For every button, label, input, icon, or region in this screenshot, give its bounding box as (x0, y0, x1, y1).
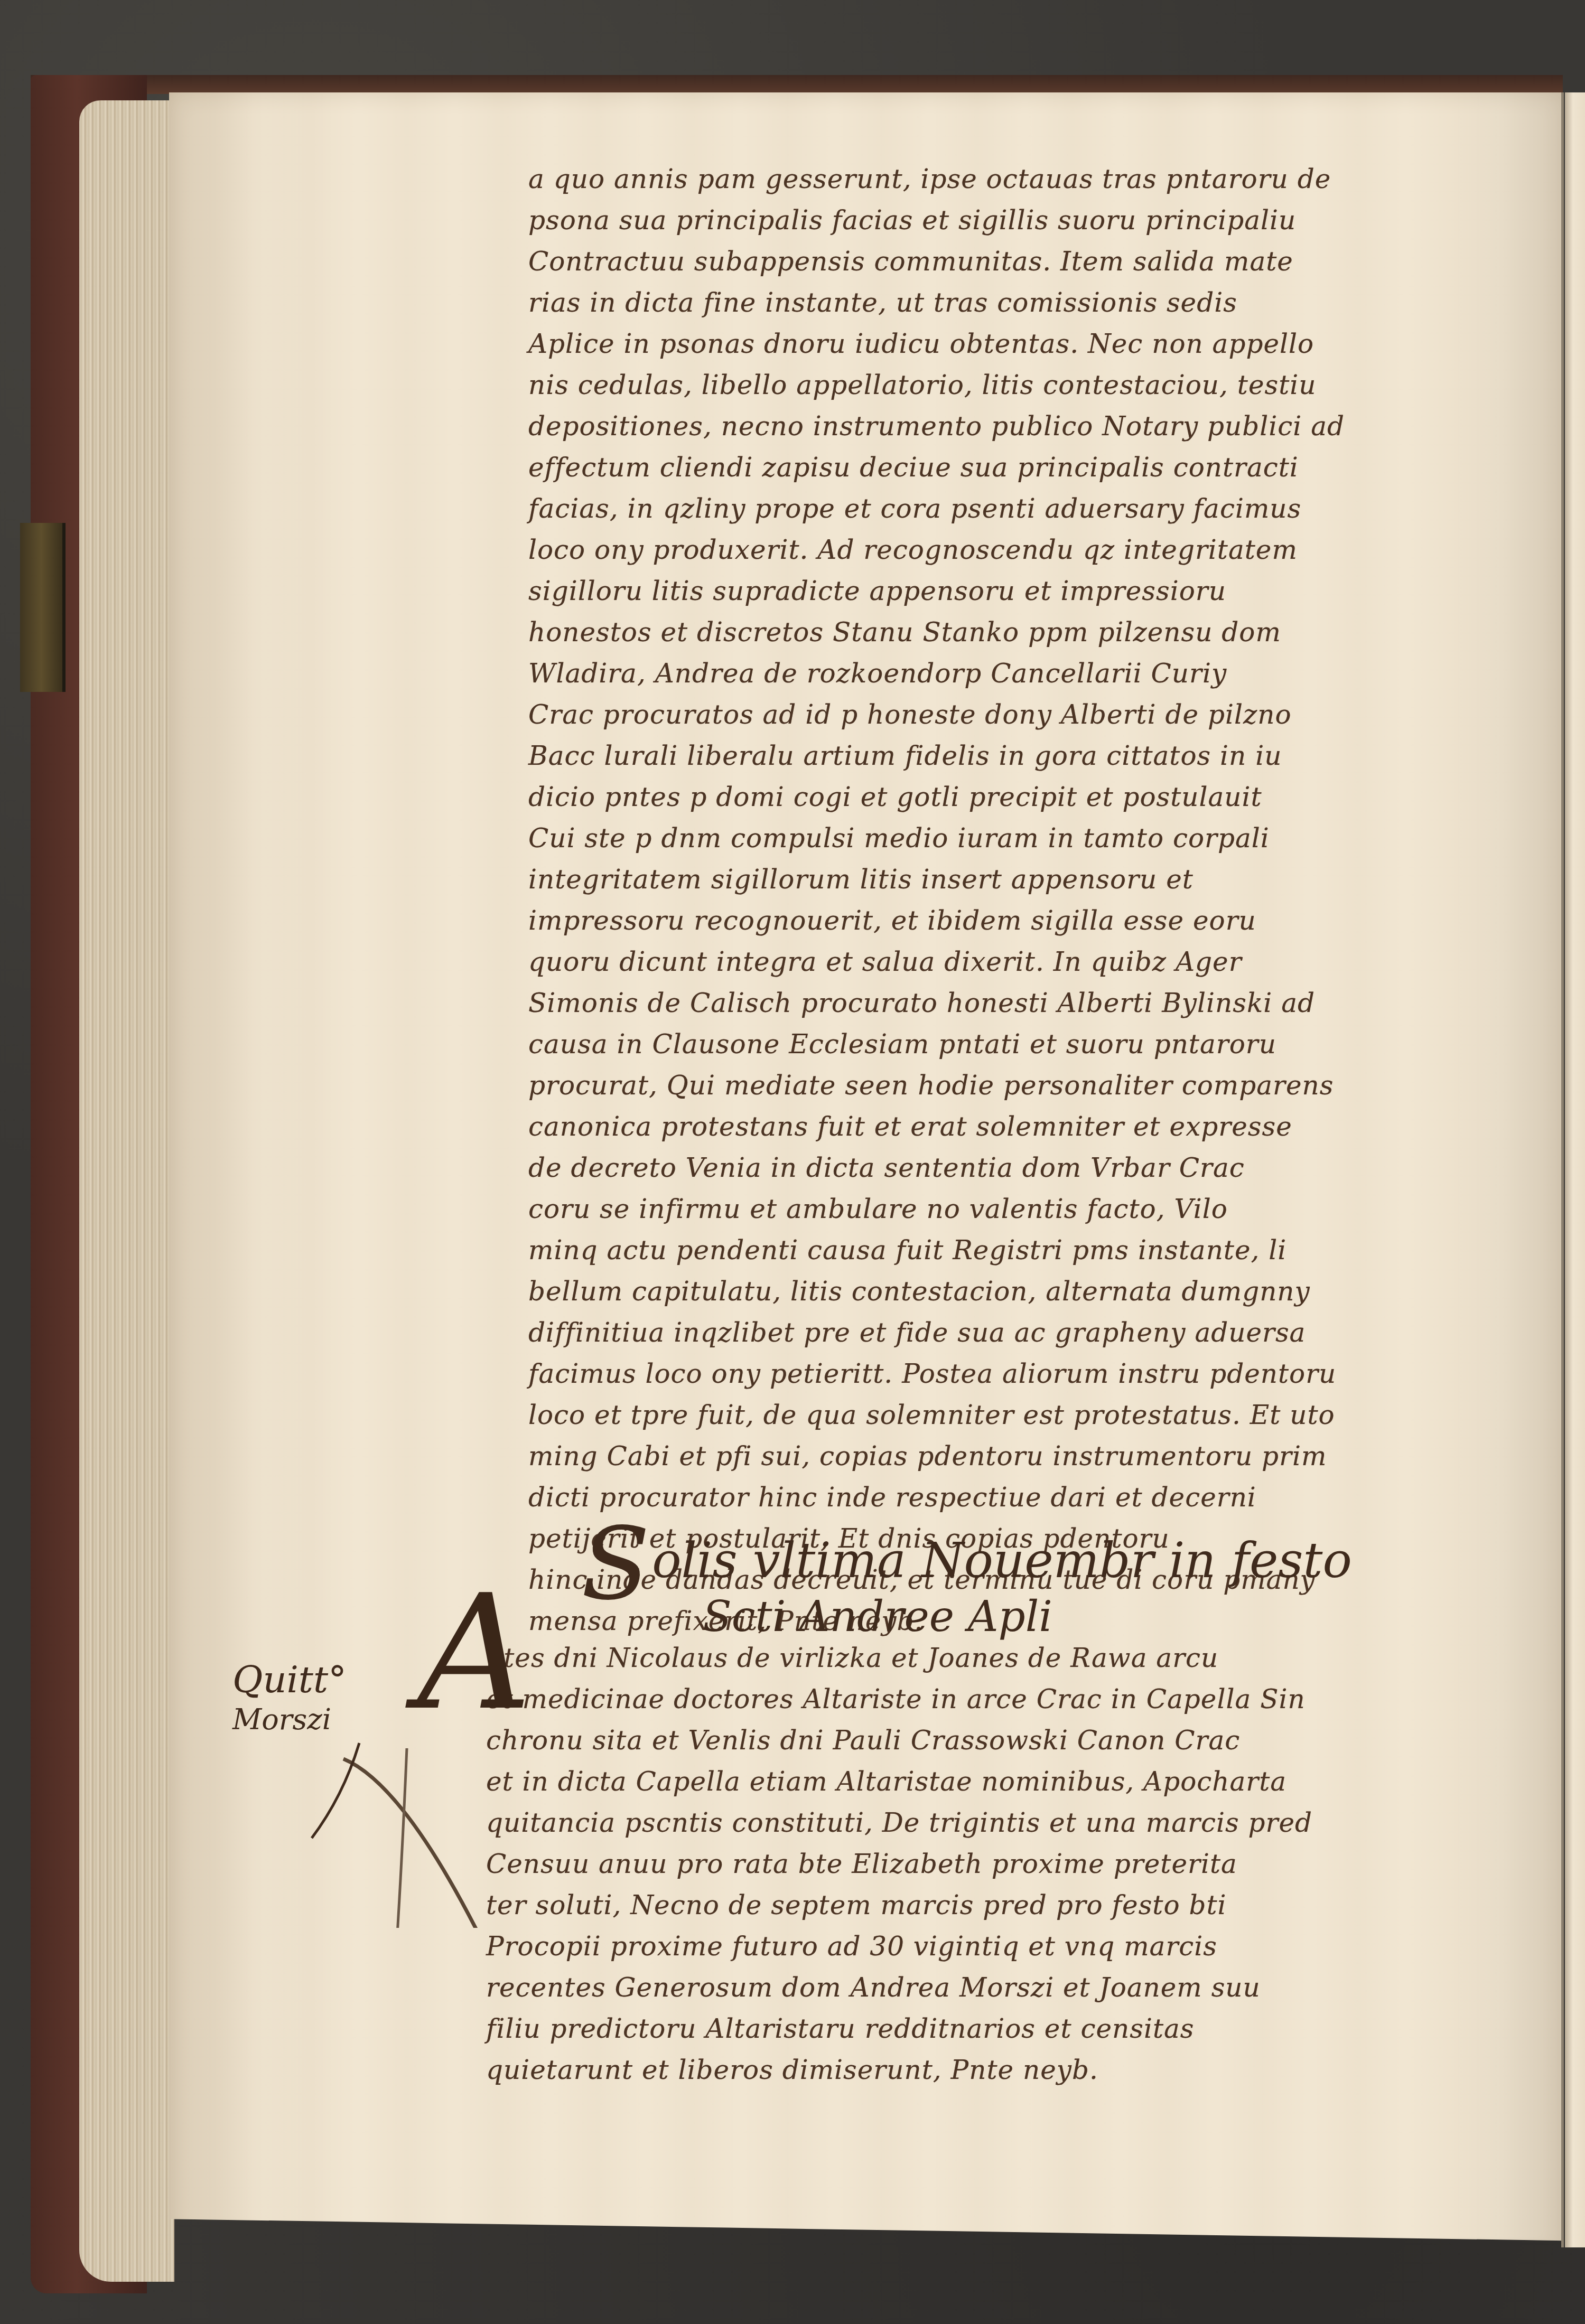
manuscript-line: loco et tpre fuit, de qua solemniter est… (528, 1394, 1490, 1436)
manuscript-line: Censuu anuu pro rata bte Elizabeth proxi… (486, 1843, 1490, 1885)
manuscript-line: sigilloru litis supradicte appensoru et … (528, 570, 1490, 612)
manuscript-line: nis cedulas, libello appellatorio, litis… (528, 364, 1490, 406)
facing-page-edge (1565, 92, 1585, 2247)
manuscript-line: de decreto Venia in dicta sententia dom … (528, 1147, 1490, 1188)
manuscript-line: Bacc lurali liberalu artium fidelis in g… (528, 735, 1490, 776)
manuscript-line: Procopii proxime futuro ad 30 vigintiq e… (486, 1926, 1490, 1967)
manuscript-line: rias in dicta fine instante, ut tras com… (528, 282, 1490, 323)
manuscript-line: quitancia pscntis constituti, De trigint… (486, 1802, 1490, 1843)
manuscript-line: dicti procurator hinc inde respectiue da… (528, 1477, 1490, 1518)
manuscript-line: honestos et discretos Stanu Stanko ppm p… (528, 612, 1490, 653)
manuscript-line: minq actu pendenti causa fuit Registri p… (528, 1230, 1490, 1271)
manuscript-line: psona sua principalis facias et sigillis… (528, 200, 1490, 241)
manuscript-line: canonica protestans fuit et erat solemni… (528, 1106, 1490, 1147)
manuscript-line: bellum capitulatu, litis contestacion, a… (528, 1271, 1490, 1312)
manuscript-line: quoru dicunt integra et salua dixerit. I… (528, 941, 1490, 982)
manuscript-line: facimus loco ony petieritt. Postea alior… (528, 1353, 1490, 1394)
manuscript-line: et in dicta Capella etiam Altaristae nom… (486, 1761, 1490, 1802)
manuscript-line: a quo annis pam gesserunt, ipse octauas … (528, 158, 1490, 200)
manuscript-line: et medicinae doctores Altariste in arce … (486, 1679, 1490, 1720)
manuscript-line: Wladira, Andrea de rozkoendorp Cancellar… (528, 653, 1490, 694)
manuscript-line: quietarunt et liberos dimiserunt, Pnte n… (486, 2049, 1490, 2091)
manuscript-line: chronu sita et Venlis dni Pauli Crassows… (486, 1720, 1490, 1761)
heading-line-2: Scti Andree Apli (581, 1593, 1374, 1641)
manuscript-line: Cui ste p dnm compulsi medio iuram in ta… (528, 818, 1490, 859)
manuscript-line: ntes dni Nicolaus de virlizka et Joanes … (486, 1637, 1490, 1679)
manuscript-line: ming Cabi et pfi sui, copias pdentoru in… (528, 1436, 1490, 1477)
manuscript-line: Aplice in psonas dnoru iudicu obtentas. … (528, 323, 1490, 364)
manuscript-line: causa in Clausone Ecclesiam pntati et su… (528, 1024, 1490, 1065)
manuscript-line: procurat, Qui mediate seen hodie persona… (528, 1065, 1490, 1106)
manuscript-line: ter soluti, Necno de septem marcis pred … (486, 1885, 1490, 1926)
manuscript-line: Contractuu subappensis communitas. Item … (528, 241, 1490, 282)
manuscript-line: effectum cliendi zapisu deciue sua princ… (528, 447, 1490, 488)
manuscript-line: loco ony produxerit. Ad recognoscendu qz… (528, 529, 1490, 570)
body-paragraph-2: A ntes dni Nicolaus de virlizka et Joane… (486, 1637, 1490, 2091)
manuscript-line: Crac procuratos ad id p honeste dony Alb… (528, 694, 1490, 735)
section-heading: Solis vltima Nouembr in festo Scti Andre… (581, 1532, 1374, 1641)
manuscript-line: dicio pntes p domi cogi et gotli precipi… (528, 776, 1490, 818)
page-edges-stack (79, 100, 174, 2282)
manuscript-line: Simonis de Calisch procurato honesti Alb… (528, 982, 1490, 1024)
manuscript-line: depositiones, necno instrumento publico … (528, 406, 1490, 447)
leather-cover-top-edge (31, 75, 1563, 94)
manuscript-line: facias, in qzliny prope et cora psenti a… (528, 488, 1490, 529)
manuscript-line: integritatem sigillorum litis insert app… (528, 859, 1490, 900)
decorated-initial-a: A (417, 1574, 532, 1732)
brass-clasp (20, 523, 66, 692)
manuscript-line: recentes Generosum dom Andrea Morszi et … (486, 1967, 1490, 2008)
manuscript-line: filiu predictoru Altaristaru redditnario… (486, 2008, 1490, 2049)
page-gutter-line (1561, 92, 1564, 2247)
heading-line-1-text: olis vltima Nouembr in festo (652, 1532, 1352, 1589)
heading-initial-s: S (581, 1505, 650, 1622)
heading-line-1: Solis vltima Nouembr in festo (581, 1532, 1374, 1593)
manuscript-line: impressoru recognouerit, et ibidem sigil… (528, 900, 1490, 941)
manuscript-line: diffinitiua inqzlibet pre et fide sua ac… (528, 1312, 1490, 1353)
manuscript-line: coru se infirmu et ambulare no valentis … (528, 1188, 1490, 1230)
body-paragraph-1: a quo annis pam gesserunt, ipse octauas … (528, 158, 1490, 1642)
